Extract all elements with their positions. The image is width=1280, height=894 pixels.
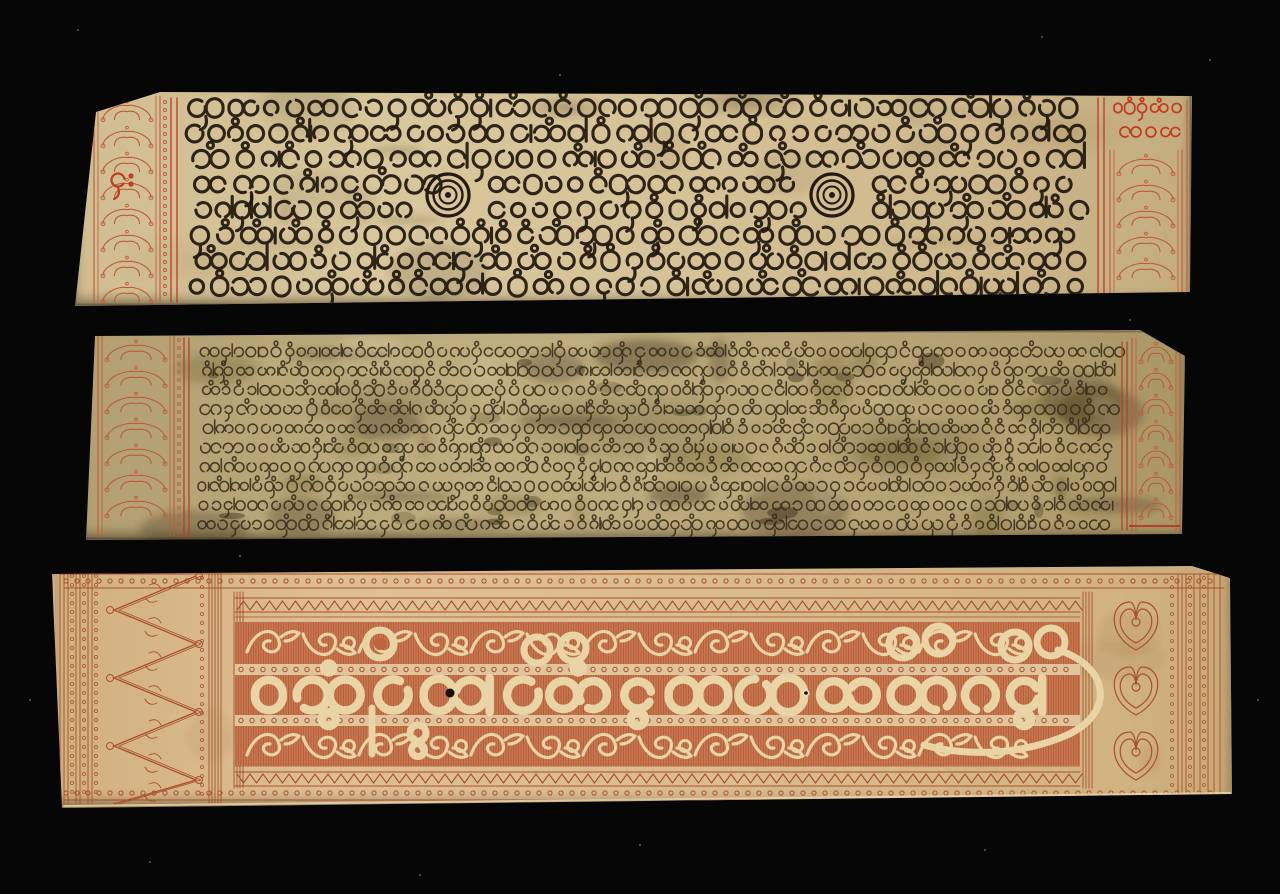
top-palm-leaf <box>74 88 1192 306</box>
middle-leaf-art <box>78 330 1187 540</box>
middle-palm-leaf <box>78 330 1187 540</box>
top-leaf-art <box>74 88 1192 306</box>
cover-art <box>50 566 1232 808</box>
manuscript-photo: Three leaves of a Burmese Kammavaca palm… <box>0 0 1280 894</box>
lacquered-cover-board <box>50 566 1232 808</box>
